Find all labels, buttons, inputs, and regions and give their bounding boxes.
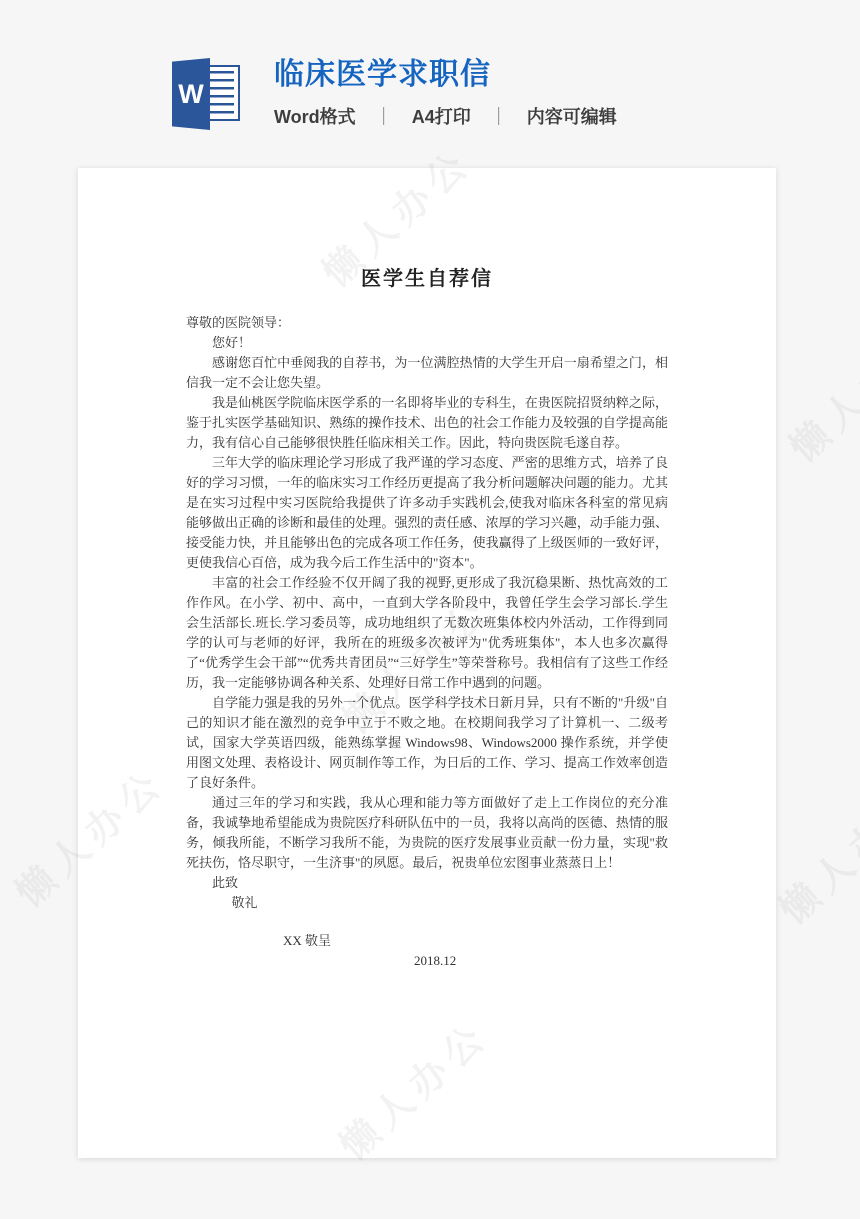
word-icon-w-panel: W (172, 58, 210, 130)
paragraph-list: 您好！感谢您百忙中垂阅我的自荐书，为一位满腔热情的大学生开启一扇希望之门，相信我… (186, 333, 668, 873)
document-title: 医学生自荐信 (186, 262, 668, 291)
date: 2018.12 (414, 951, 668, 971)
paragraph: 通过三年的学习和实践，我从心理和能力等方面做好了走上工作岗位的充分准备，我诚挚地… (186, 793, 668, 873)
signature: XX 敬呈 (283, 931, 668, 951)
paragraph: 丰富的社会工作经验不仅开阔了我的视野,更形成了我沉稳果断、热忱高效的工作作风。在… (186, 573, 668, 693)
document-page: 医学生自荐信 尊敬的医院领导： 您好！感谢您百忙中垂阅我的自荐书，为一位满腔热情… (78, 168, 776, 1158)
paragraph: 我是仙桃医学院临床医学系的一名即将毕业的专科生，在贵医院招贤纳粹之际，鉴于扎实医… (186, 393, 668, 453)
salutation: 尊敬的医院领导： (186, 313, 668, 333)
page-title[interactable]: 临床医学求职信 (274, 58, 617, 92)
meta-format: Word格式 (274, 107, 356, 127)
page-background: W 临床医学求职信 Word格式 ｜ A4打印 ｜ 内容可编辑 医学生自荐信 尊… (0, 0, 860, 1219)
word-document-icon: W (168, 58, 242, 130)
paragraph: 您好！ (186, 333, 668, 353)
watermark-text: 懒人办公 (775, 308, 860, 472)
closing-jingli: 敬礼 (186, 893, 668, 913)
meta-separator: ｜ (375, 107, 393, 127)
watermark-text: 懒人办公 (765, 770, 860, 934)
meta-separator: ｜ (490, 107, 508, 127)
template-header: W 临床医学求职信 Word格式 ｜ A4打印 ｜ 内容可编辑 (168, 58, 617, 130)
paragraph: 三年大学的临床理论学习形成了我严谨的学习态度、严密的思维方式，培养了良好的学习习… (186, 453, 668, 573)
meta-editable: 内容可编辑 (527, 107, 617, 127)
header-text: 临床医学求职信 Word格式 ｜ A4打印 ｜ 内容可编辑 (274, 58, 617, 129)
paragraph: 感谢您百忙中垂阅我的自荐书，为一位满腔热情的大学生开启一扇希望之门，相信我一定不… (186, 353, 668, 393)
paragraph: 自学能力强是我的另外一个优点。医学科学技术日新月异，只有不断的"升级"自己的知识… (186, 693, 668, 793)
closing-cizhi: 此致 (186, 873, 668, 893)
template-meta: Word格式 ｜ A4打印 ｜ 内容可编辑 (274, 103, 617, 129)
meta-print: A4打印 (412, 107, 471, 127)
document-body: 尊敬的医院领导： 您好！感谢您百忙中垂阅我的自荐书，为一位满腔热情的大学生开启一… (186, 313, 668, 971)
